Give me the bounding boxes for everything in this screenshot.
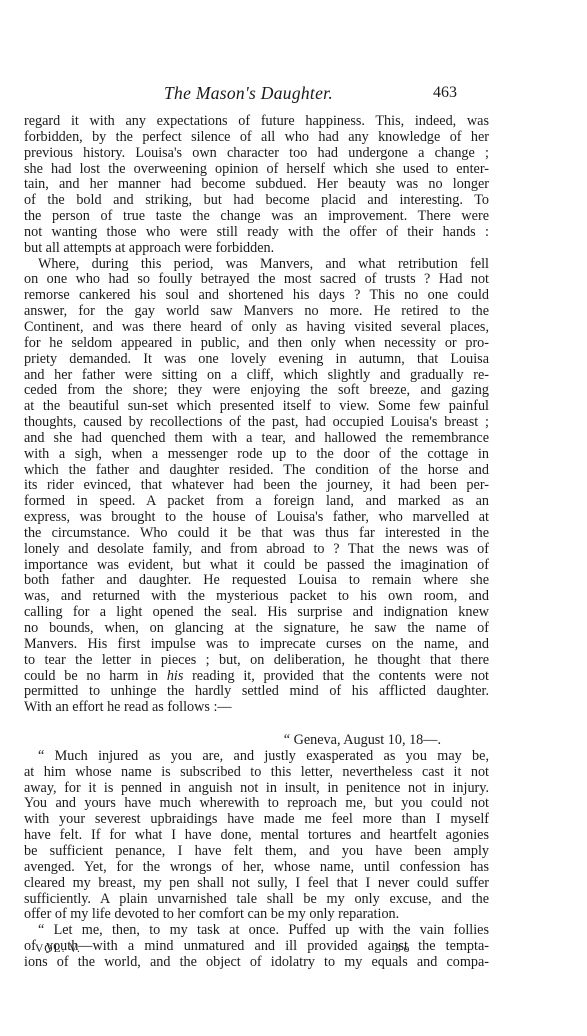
text-line: Where, during this period, was Manvers, …	[24, 257, 489, 273]
text-line: and she had quenched them with a tear, a…	[24, 431, 489, 447]
page-body: regard it with any expectations of futur…	[24, 114, 489, 971]
text-line: priety demanded. It was one lovely eveni…	[24, 352, 489, 368]
text-line: calling for a light opened the seal. His…	[24, 605, 489, 621]
paragraph: regard it with any expectations of futur…	[24, 114, 489, 257]
text-line: sufficiently. A plain unvarnished tale s…	[24, 892, 489, 908]
italic-word: his	[167, 668, 184, 684]
text-line: for he seldom appeared in public, and th…	[24, 336, 489, 352]
text-line: importance was evident, but what it coul…	[24, 558, 489, 574]
text-line: ceded from the shore; they were enjoying…	[24, 383, 489, 399]
page-number: 463	[433, 84, 457, 102]
text-line: its rider evinced, that whatever had bee…	[24, 478, 489, 494]
running-title: The Mason's Daughter.	[164, 83, 333, 104]
text-line: on one who had so foully betrayed the mo…	[24, 272, 489, 288]
text-line: the circumstance. Who could it be that w…	[24, 526, 489, 542]
text-line: remorse cankered his soul and shortened …	[24, 288, 489, 304]
text-line: no bounds, when, on glancing at the sign…	[24, 621, 489, 637]
text-line: “ Much injured as you are, and justly ex…	[24, 749, 489, 765]
text-line: You and yours have much wherewith to rep…	[24, 796, 489, 812]
text-line: regard it with any expectations of futur…	[24, 114, 489, 130]
text-line: offer of my life devoted to her comfort …	[24, 907, 489, 923]
running-head: The Mason's Daughter. 463	[24, 83, 489, 105]
text-line: Continent, and was there heard of only a…	[24, 320, 489, 336]
text-fragment: could be no harm in	[24, 668, 167, 684]
text-line: lonely and desolate family, and from abr…	[24, 542, 489, 558]
text-line: be sufficient penance, I have felt them,…	[24, 844, 489, 860]
paragraph: Where, during this period, was Manvers, …	[24, 257, 489, 716]
text-line: was, and returned with the mysterious pa…	[24, 589, 489, 605]
text-line-with-italic: could be no harm in his reading it, prov…	[24, 669, 489, 685]
text-line: but all attempts at approach were forbid…	[24, 241, 489, 257]
text-line: avenged. Yet, for the wrongs of her, who…	[24, 860, 489, 876]
text-line: at the beautiful sun-set which presented…	[24, 399, 489, 415]
text-line: tain, and her manner had become subdued.…	[24, 177, 489, 193]
text-line: she had lost the overweening opinion of …	[24, 162, 489, 178]
text-line: and her father were sitting on a cliff, …	[24, 368, 489, 384]
text-line: which the father and daughter resided. T…	[24, 463, 489, 479]
text-line: have felt. If for what I have done, ment…	[24, 828, 489, 844]
page-footer: VOL. V. 3 o	[24, 943, 489, 959]
text-line: “ Let me, then, to my task at once. Puff…	[24, 923, 489, 939]
text-fragment: reading it, provided that the contents w…	[183, 668, 489, 684]
text-line: previous history. Louisa's own character…	[24, 146, 489, 162]
text-line: away, for it is penned in anguish not in…	[24, 781, 489, 797]
text-line: answer, for the gay world saw Manvers no…	[24, 304, 489, 320]
text-line: formed in speed. A packet from a foreign…	[24, 494, 489, 510]
section-gap	[24, 716, 489, 733]
text-line: express, was brought to the house of Lou…	[24, 510, 489, 526]
letter-dateline: “ Geneva, August 10, 18—.	[24, 733, 489, 749]
text-line: with a sigh, when a messenger rode up to…	[24, 447, 489, 463]
text-line: to tear the letter in pieces ; but, on d…	[24, 653, 489, 669]
text-line: Manvers. His first impulse was to imprec…	[24, 637, 489, 653]
text-line: with your severest upbraidings have made…	[24, 812, 489, 828]
text-line: With an effort he read as follows :—	[24, 700, 489, 716]
text-line: of the bold and striking, but had become…	[24, 193, 489, 209]
text-line: forbidden, by the perfect silence of all…	[24, 130, 489, 146]
text-line: at him whose name is subscribed to this …	[24, 765, 489, 781]
volume-label: VOL. V.	[35, 943, 81, 955]
text-line: permitted to unhinge the hardly settled …	[24, 684, 489, 700]
text-line: both father and daughter. He requested L…	[24, 573, 489, 589]
signature-mark: 3 o	[395, 943, 409, 955]
text-line: not wanting those who were still ready w…	[24, 225, 489, 241]
text-line: thoughts, caused by recollections of the…	[24, 415, 489, 431]
letter: “ Geneva, August 10, 18—. “ Much injured…	[24, 733, 489, 971]
text-line: cleared my breast, my pen shall not sull…	[24, 876, 489, 892]
text-line: the person of true taste the change was …	[24, 209, 489, 225]
